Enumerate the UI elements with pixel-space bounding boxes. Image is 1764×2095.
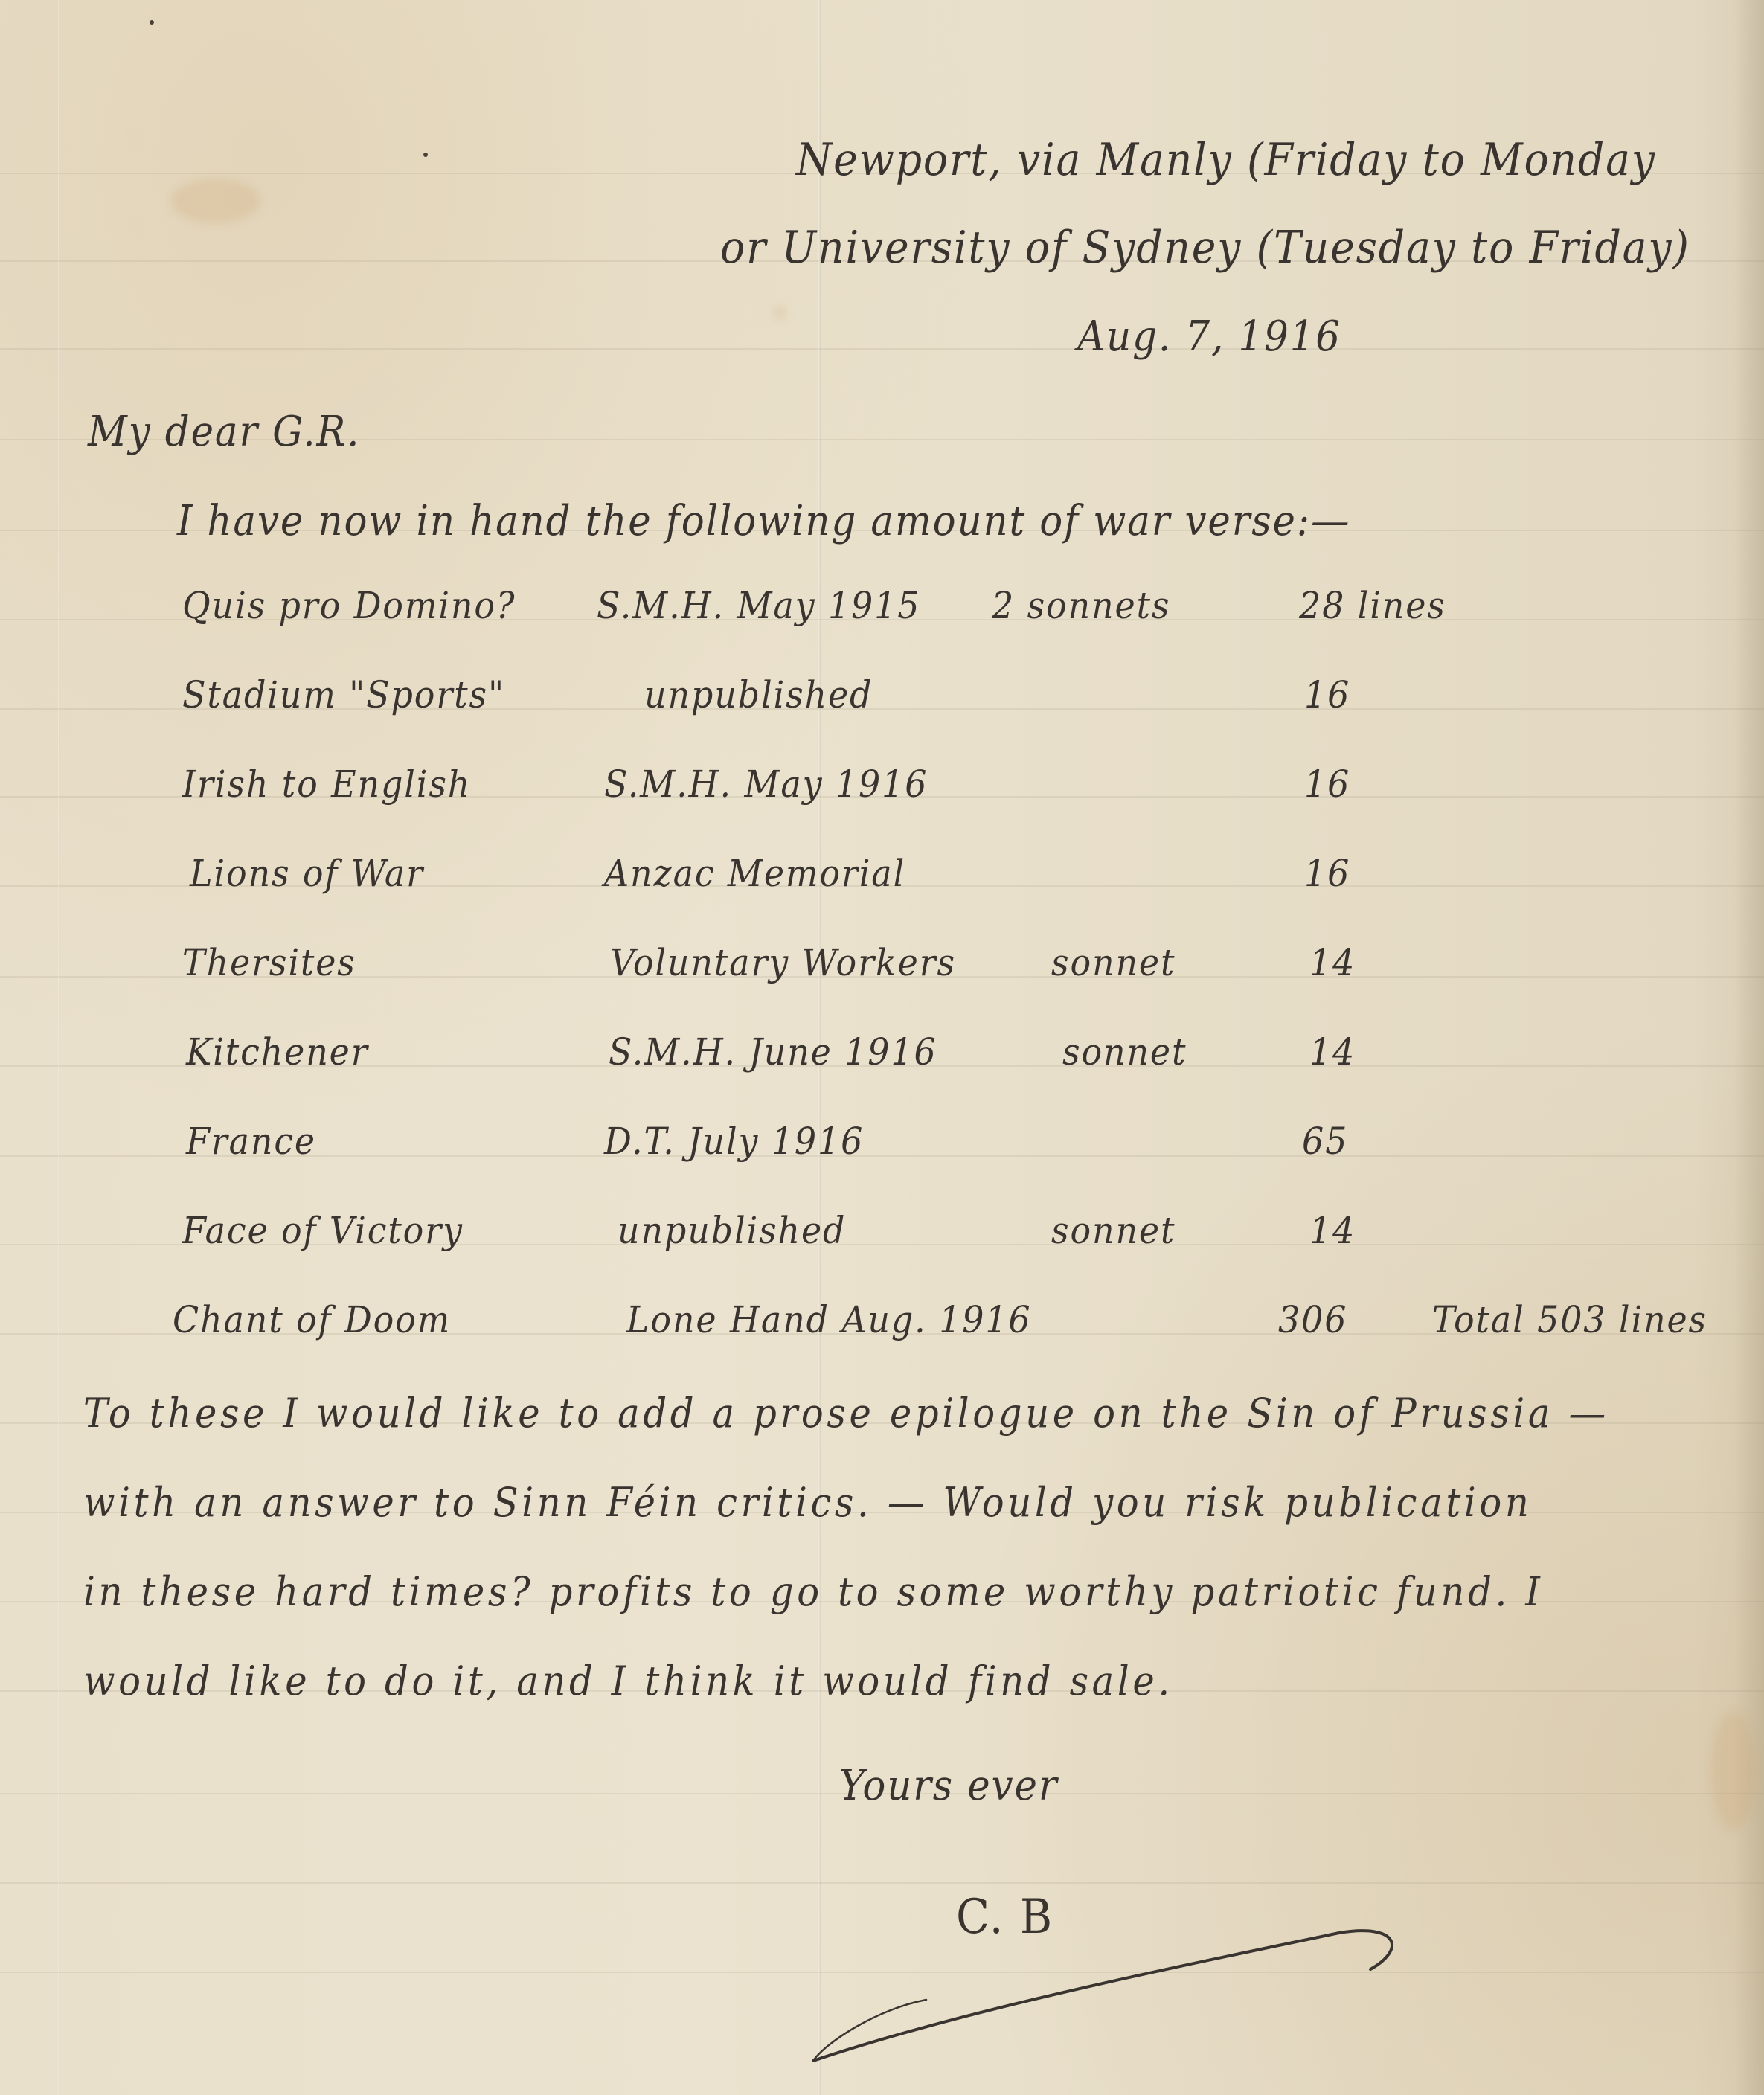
letter-sheet: Newport, via Manly (Friday to Monday or …: [0, 0, 1764, 2095]
signature-flourish: [0, 0, 1764, 2095]
